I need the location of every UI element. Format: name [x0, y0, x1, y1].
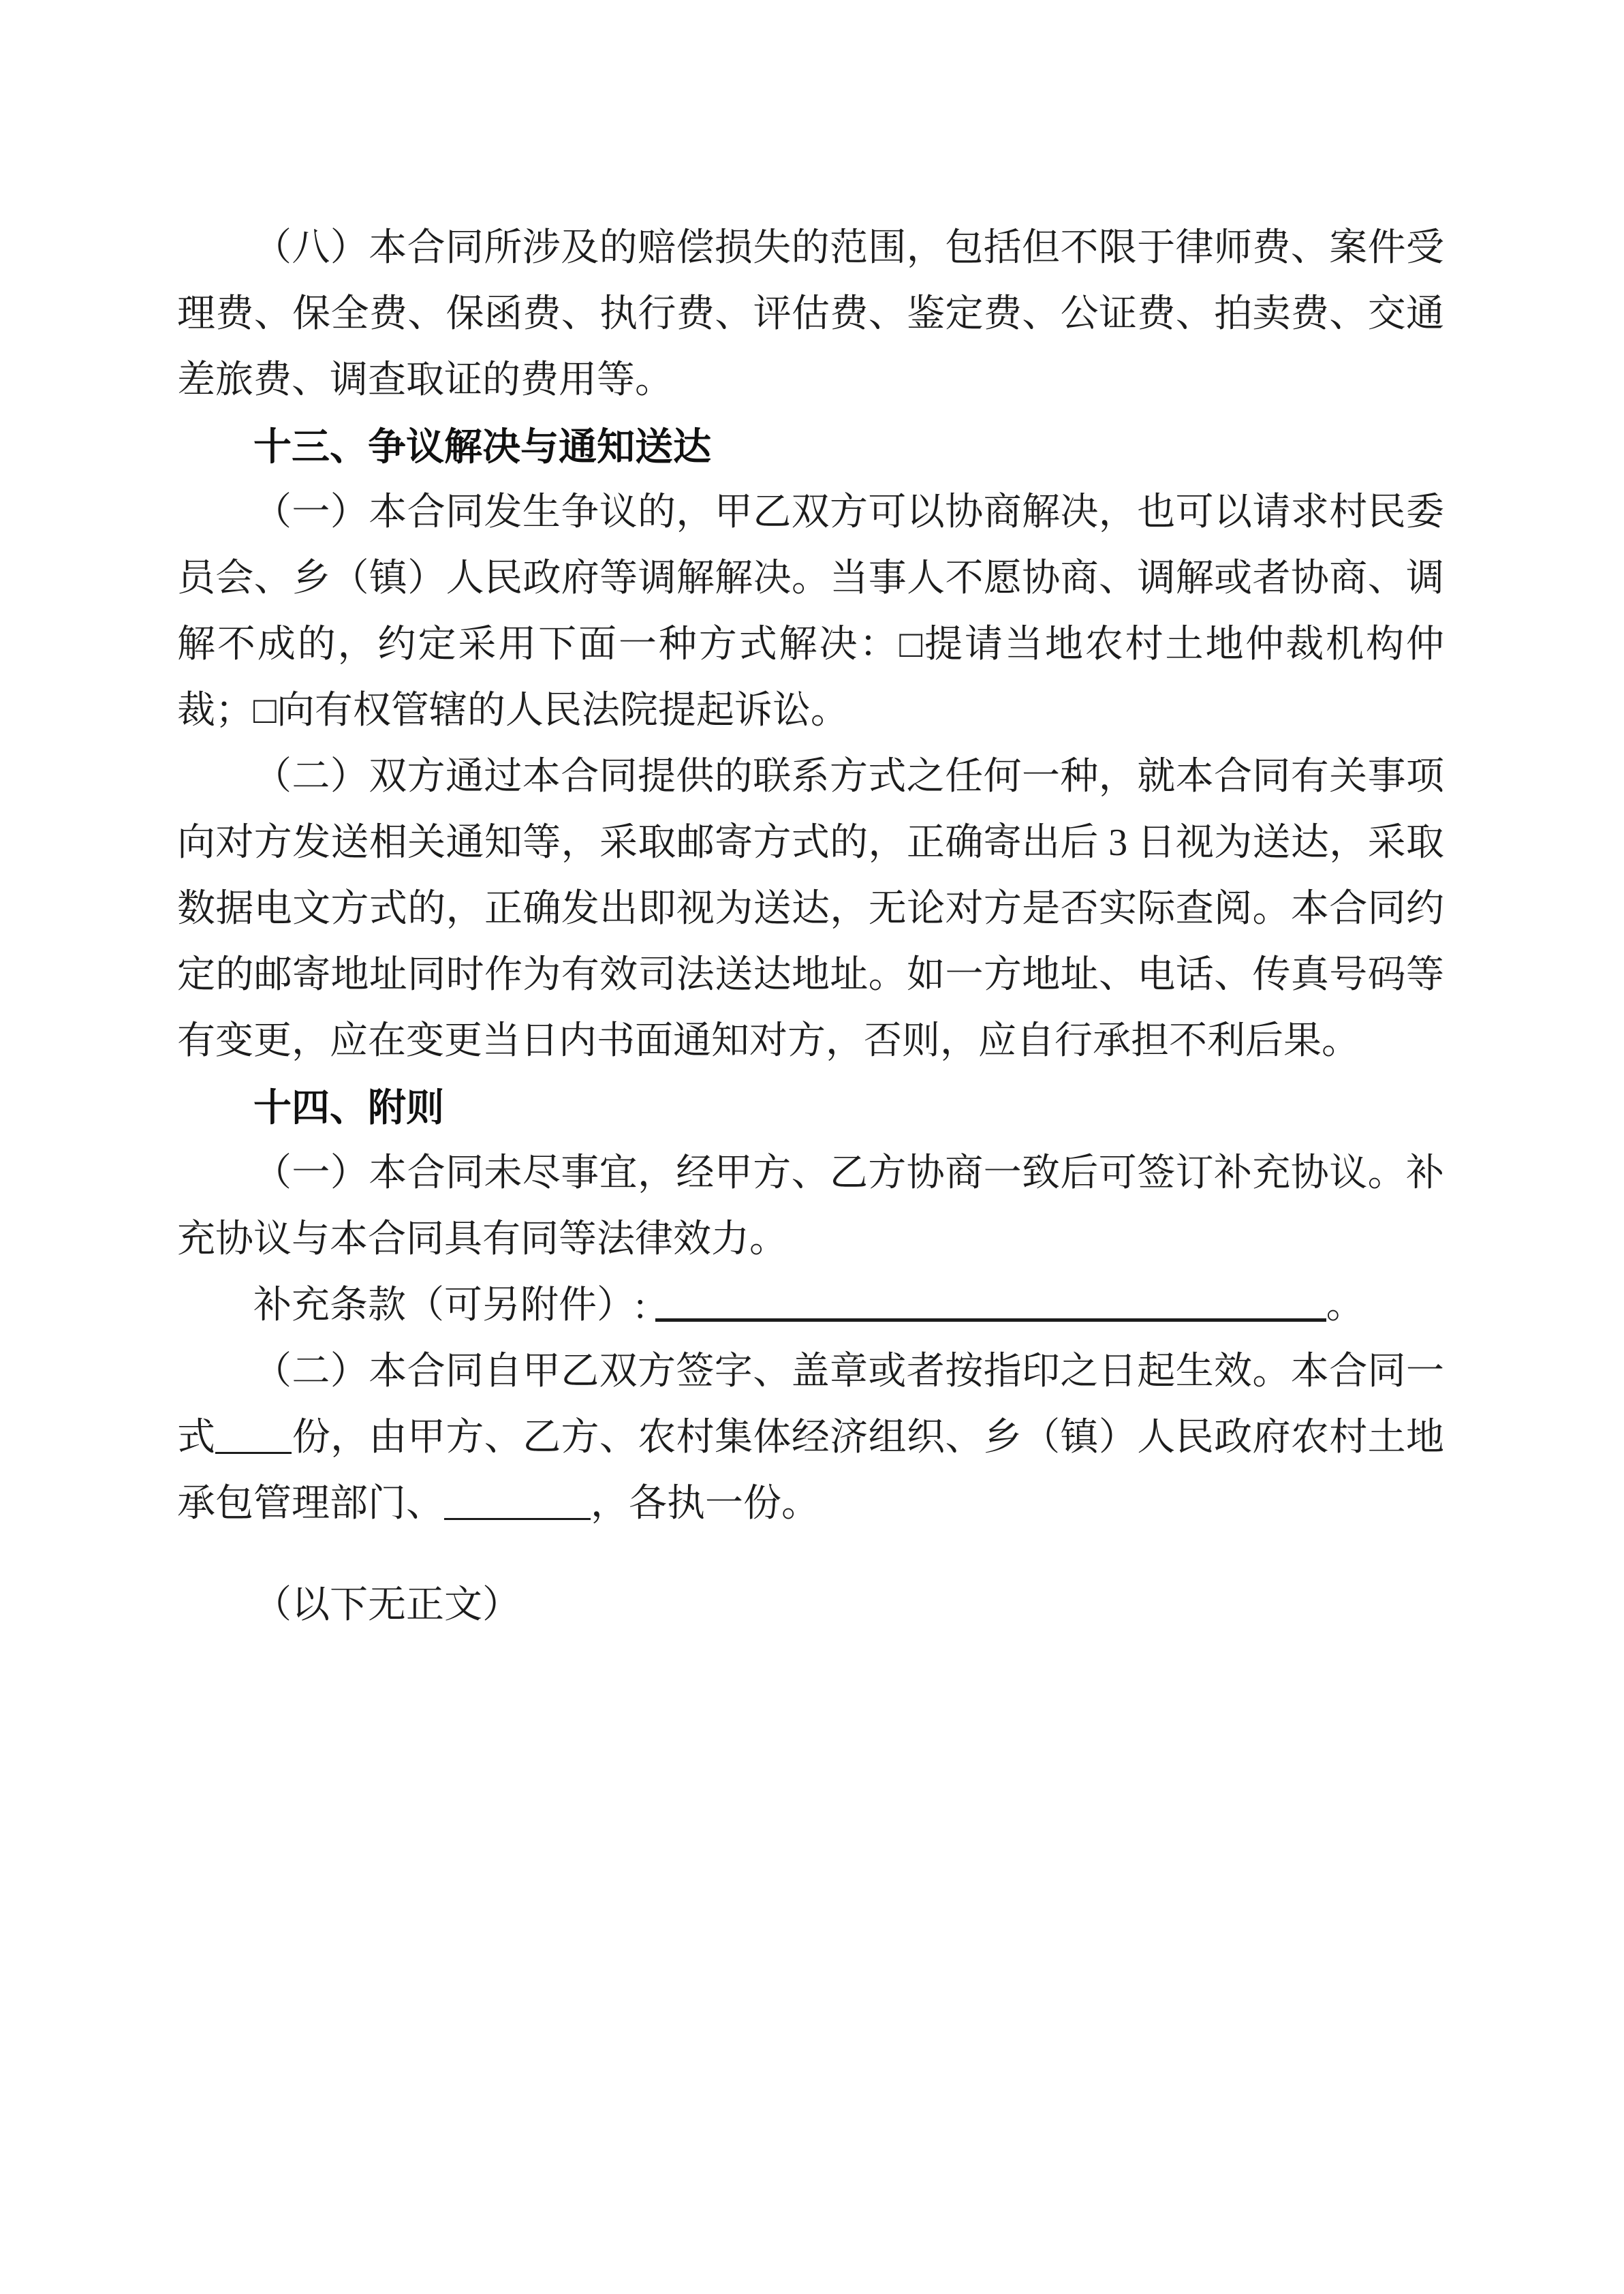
clause-14-2-effectiveness-copies: （二）本合同自甲乙双方签字、盖章或者按指印之日起生效。本合同一式份，由甲方、乙方…: [177, 1339, 1444, 1537]
supplementary-terms-line: 补充条款（可另附件）: 。: [177, 1273, 1444, 1339]
checkbox-court-icon[interactable]: □: [253, 689, 277, 732]
contract-body: （八）本合同所涉及的赔偿损失的范围，包括但不限于律师费、案件受理费、保全费、保函…: [177, 215, 1444, 1639]
clause-13-2-notice-delivery: （二）双方通过本合同提供的联系方式之任何一种，就本合同有关事项向对方发送相关通知…: [177, 744, 1444, 1074]
checkbox-arbitration-icon[interactable]: □: [899, 623, 924, 666]
clause-13-1-dispute-resolution: （一）本合同发生争议的，甲乙双方可以协商解决，也可以请求村民委员会、乡（镇）人民…: [177, 480, 1444, 744]
section-13-heading: 十三、争议解决与通知送达: [177, 414, 1444, 480]
supplementary-terms-period: 。: [1326, 1284, 1364, 1327]
option-court-text: 向有权管辖的人民法院提起诉讼。: [277, 689, 849, 732]
department-name-blank[interactable]: [444, 1518, 591, 1520]
clause-14-2-tail-text: ，各执一份。: [591, 1483, 819, 1525]
clause-8-compensation-scope: （八）本合同所涉及的赔偿损失的范围，包括但不限于律师费、案件受理费、保全费、保函…: [177, 215, 1444, 414]
document-page: { "page": { "background": "#ffffff", "te…: [0, 0, 1624, 2294]
supplementary-terms-label: 补充条款（可另附件）:: [253, 1284, 655, 1327]
clause-14-1-supplementary-agreement: （一）本合同未尽事宜，经甲方、乙方协商一致后可签订补充协议。补充协议与本合同具有…: [177, 1141, 1444, 1273]
no-more-text-note: （以下无正文）: [177, 1572, 1444, 1639]
supplementary-terms-blank[interactable]: [655, 1318, 1326, 1322]
copies-count-blank[interactable]: [215, 1452, 292, 1454]
section-14-heading: 十四、附则: [177, 1074, 1444, 1141]
